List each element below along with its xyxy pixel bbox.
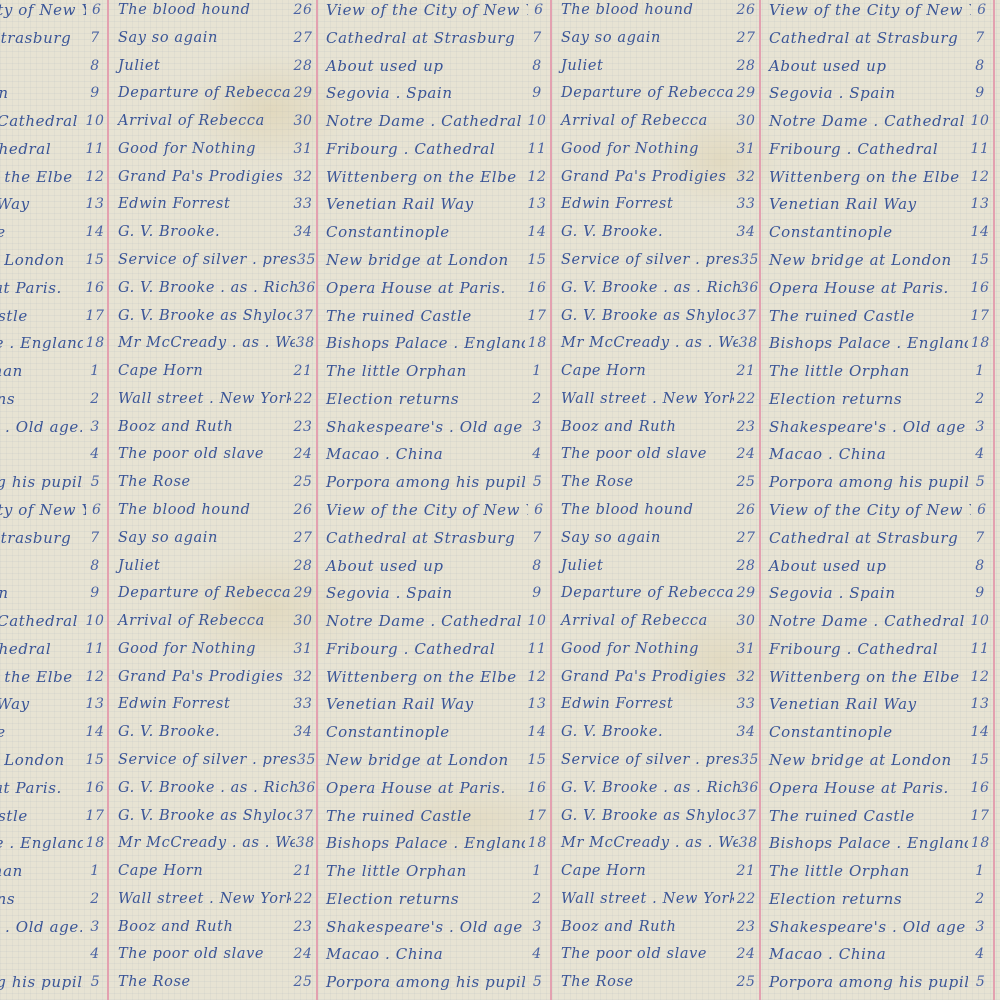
entry-number: 12: [524, 669, 550, 685]
entry-title: Constantinople: [0, 223, 6, 241]
entry-number: 15: [967, 752, 993, 768]
entry-number: 23: [290, 919, 316, 935]
entry-number: 14: [967, 224, 993, 240]
entry-number: 24: [733, 946, 759, 962]
entry-title: Venetian Rail Way: [318, 195, 474, 213]
margin-rule: [993, 0, 995, 1000]
ledger-entry: New bridge at London15: [761, 246, 993, 274]
entry-title: View of the City of New York: [318, 501, 528, 519]
ledger-entry: Bishops Palace . England18: [761, 829, 993, 857]
entry-number: 14: [82, 224, 108, 240]
entry-number: 14: [967, 724, 993, 740]
entry-number: 10: [967, 113, 993, 129]
entry-number: 22: [734, 891, 759, 907]
entry-title: Election returns: [318, 890, 459, 908]
ledger-entry: Departure of Rebecca29: [110, 579, 316, 607]
ledger-entry: Segovia . Spain9: [318, 579, 550, 607]
entry-title: Booz and Ruth: [110, 919, 233, 935]
entry-title: Service of silver . presented to Brooke: [553, 752, 740, 768]
entry-number: 35: [740, 752, 759, 768]
entry-number: 1: [524, 863, 550, 879]
entry-number: 2: [82, 891, 108, 907]
ledger-entry: Porpora among his pupils5: [761, 968, 993, 996]
entry-number: 28: [290, 558, 316, 574]
ledger-entry: Venetian Rail Way13: [0, 690, 108, 718]
ledger-entry: Venetian Rail Way13: [761, 190, 993, 218]
entry-title: View of the City of New York: [761, 1, 971, 19]
entry-number: 33: [733, 696, 759, 712]
entry-number: 5: [83, 474, 108, 490]
entry-title: Juliet: [553, 558, 603, 574]
ledger-entry: Say so again27: [110, 524, 316, 552]
entry-number: 17: [967, 808, 993, 824]
entry-number: 34: [290, 224, 316, 240]
entry-title: Booz and Ruth: [110, 419, 233, 435]
entry-title: Segovia . Spain: [318, 84, 453, 102]
ledger-entry: G. V. Brooke.34: [110, 718, 316, 746]
entry-number: 34: [733, 224, 759, 240]
entry-title: New bridge at London: [318, 251, 509, 269]
entry-title: Notre Dame . Cathedral: [0, 612, 78, 630]
ledger-entry: Porpora among his pupils5: [0, 468, 108, 496]
ledger-entry: The blood hound26: [553, 496, 759, 524]
ledger-entry: Segovia . Spain9: [761, 79, 993, 107]
entry-title: Porpora among his pupils: [318, 473, 525, 491]
ledger-entry: G. V. Brooke as Shylock37: [110, 802, 316, 830]
ledger-entry: G. V. Brooke as Shylock37: [110, 302, 316, 330]
ledger-entry: Wittenberg on the Elbe12: [318, 163, 550, 191]
entry-number: 36: [297, 780, 316, 796]
ledger-entry: Booz and Ruth23: [553, 413, 759, 441]
entry-title: Venetian Rail Way: [0, 695, 30, 713]
entry-title: G. V. Brooke.: [553, 724, 663, 740]
ledger-entry: View of the City of New York6: [0, 496, 108, 524]
entry-title: The ruined Castle: [0, 807, 28, 825]
entry-number: 17: [524, 308, 550, 324]
entry-number: 9: [524, 85, 550, 101]
entry-number: 30: [290, 113, 316, 129]
entry-title: New bridge at London: [0, 251, 65, 269]
ledger-entry: Arrival of Rebecca30: [553, 107, 759, 135]
ledger-entry: The Rose25: [110, 468, 316, 496]
entry-number: 22: [291, 391, 316, 407]
entry-title: View of the City of New York: [761, 501, 971, 519]
entry-title: Fribourg . Cathedral: [761, 140, 938, 158]
entry-title: Constantinople: [761, 723, 893, 741]
entry-number: 1: [967, 363, 993, 379]
entry-title: Fribourg . Cathedral: [318, 140, 495, 158]
ledger-entry: G. V. Brooke . as . Richard 3rd36: [553, 774, 759, 802]
entry-title: Say so again: [553, 30, 661, 46]
entry-title: The little Orphan: [318, 862, 467, 880]
entry-title: Bishops Palace . England: [0, 334, 83, 352]
entry-number: 7: [967, 530, 993, 546]
entry-number: 13: [82, 196, 108, 212]
entry-number: 16: [524, 280, 550, 296]
ledger-entry: The poor old slave24: [553, 440, 759, 468]
entry-number: 31: [733, 641, 759, 657]
entry-title: Mr McCready . as . Werner: [553, 835, 738, 851]
entry-number: 37: [735, 308, 759, 324]
entry-number: 18: [968, 335, 993, 351]
entry-title: The Rose: [553, 474, 634, 490]
ledger-entry: Edwin Forrest33: [553, 190, 759, 218]
entry-title: Notre Dame . Cathedral: [318, 612, 522, 630]
ledger-entry: Opera House at Paris.16: [318, 274, 550, 302]
ledger-entry: Mr McCready . as . Werner38: [110, 329, 316, 357]
ledger-entry: View of the City of New York6: [761, 496, 993, 524]
entry-title: Service of silver . presented to Brooke: [110, 252, 297, 268]
entry-title: The Rose: [110, 474, 191, 490]
entry-number: 16: [82, 780, 108, 796]
ledger-entry: G. V. Brooke . as . Richard 3rd36: [553, 274, 759, 302]
ledger-entry: Opera House at Paris.16: [761, 774, 993, 802]
ledger-entry: Juliet28: [553, 52, 759, 80]
entry-title: Say so again: [553, 530, 661, 546]
ledger-entry: The little Orphan1: [761, 357, 993, 385]
entry-title: The Rose: [553, 974, 634, 990]
entry-number: 15: [82, 752, 108, 768]
entry-title: Service of silver . presented to Brooke: [110, 752, 297, 768]
ledger-entry: Good for Nothing31: [110, 635, 316, 663]
entry-title: About used up: [318, 57, 444, 75]
entry-number: 6: [86, 2, 108, 18]
entry-number: 23: [733, 919, 759, 935]
entry-number: 23: [290, 419, 316, 435]
entry-number: 3: [967, 419, 993, 435]
ledger-entry: Opera House at Paris.16: [0, 774, 108, 802]
entry-title: Grand Pa's Prodigies: [553, 669, 726, 685]
ledger-entry: Good for Nothing31: [553, 135, 759, 163]
ledger-entry: The Rose25: [110, 968, 316, 996]
ledger-entry: Booz and Ruth23: [553, 913, 759, 941]
entry-title: Wittenberg on the Elbe: [0, 668, 73, 686]
entry-number: 26: [733, 2, 759, 18]
entry-title: Departure of Rebecca: [110, 85, 290, 101]
ledger-entry: The poor old slave24: [110, 940, 316, 968]
ledger-entry: The ruined Castle17: [761, 802, 993, 830]
ledger-entry: Shakespeare's . Old age.3: [761, 413, 993, 441]
entry-number: 12: [82, 669, 108, 685]
entry-title: The little Orphan: [761, 362, 910, 380]
ledger-entry: G. V. Brooke.34: [110, 218, 316, 246]
entry-number: 5: [968, 974, 993, 990]
ledger-entry: Fribourg . Cathedral11: [318, 135, 550, 163]
entry-title: Wall street . New York: [553, 891, 734, 907]
entry-number: 12: [967, 169, 993, 185]
ledger-entry: About used up8: [761, 52, 993, 80]
entry-title: Good for Nothing: [553, 641, 699, 657]
ledger-entry: The little Orphan1: [0, 357, 108, 385]
ledger-entry: The poor old slave24: [553, 940, 759, 968]
ledger-entry: Departure of Rebecca29: [110, 79, 316, 107]
ledger-entry: New bridge at London15: [761, 746, 993, 774]
entry-title: Election returns: [0, 390, 15, 408]
ledger-entry: Election returns2: [761, 385, 993, 413]
entry-number: 6: [971, 2, 993, 18]
ledger-entry: About used up8: [318, 52, 550, 80]
ledger-entry: The blood hound26: [110, 496, 316, 524]
ledger-entry: Bishops Palace . England18: [318, 329, 550, 357]
entry-number: 5: [83, 974, 108, 990]
entry-number: 33: [290, 196, 316, 212]
entry-title: The ruined Castle: [0, 307, 28, 325]
entry-number: 9: [524, 585, 550, 601]
ledger-entry: Porpora among his pupils5: [318, 468, 550, 496]
entry-title: Notre Dame . Cathedral: [761, 612, 965, 630]
entry-title: New bridge at London: [318, 751, 509, 769]
entry-title: The ruined Castle: [318, 807, 472, 825]
entry-title: Juliet: [553, 58, 603, 74]
entry-number: 31: [290, 641, 316, 657]
ledger-entry: G. V. Brooke.34: [553, 718, 759, 746]
entry-number: 1: [82, 363, 108, 379]
entry-number: 22: [291, 891, 316, 907]
entry-number: 17: [82, 808, 108, 824]
entry-title: Edwin Forrest: [553, 196, 673, 212]
entry-number: 16: [967, 780, 993, 796]
ledger-entry: New bridge at London15: [0, 246, 108, 274]
entry-number: 17: [82, 308, 108, 324]
entry-number: 6: [528, 2, 550, 18]
entry-title: The little Orphan: [0, 362, 23, 380]
entry-number: 5: [968, 474, 993, 490]
entry-number: 13: [967, 696, 993, 712]
entry-number: 21: [733, 863, 759, 879]
entry-number: 25: [733, 474, 759, 490]
entry-number: 37: [735, 808, 759, 824]
ledger-entry: Service of silver . presented to Brooke3…: [553, 746, 759, 774]
entry-title: Constantinople: [0, 723, 6, 741]
entry-title: Departure of Rebecca: [553, 585, 733, 601]
entry-title: Segovia . Spain: [0, 84, 9, 102]
entry-title: Opera House at Paris.: [0, 779, 62, 797]
ledger-entry: Segovia . Spain9: [0, 79, 108, 107]
entry-number: 30: [290, 613, 316, 629]
entry-number: 32: [290, 169, 316, 185]
ledger-entry: Constantinople14: [0, 718, 108, 746]
entry-title: Departure of Rebecca: [553, 85, 733, 101]
entry-title: The little Orphan: [318, 362, 467, 380]
ledger-entry: Cathedral at Strasburg7: [318, 24, 550, 52]
entry-title: Segovia . Spain: [318, 584, 453, 602]
entry-number: 16: [967, 280, 993, 296]
entry-number: 2: [524, 891, 550, 907]
entry-title: Juliet: [110, 558, 160, 574]
ledger-entry: Service of silver . presented to Brooke3…: [110, 246, 316, 274]
ledger-entry: Grand Pa's Prodigies32: [110, 663, 316, 691]
entry-number: 10: [82, 613, 108, 629]
entry-number: 35: [740, 252, 759, 268]
entry-number: 6: [86, 502, 108, 518]
ledger-entry: Departure of Rebecca29: [553, 579, 759, 607]
entry-title: The ruined Castle: [761, 807, 915, 825]
entry-number: 27: [290, 30, 316, 46]
ledger-entry: Edwin Forrest33: [110, 690, 316, 718]
entry-number: 8: [82, 558, 108, 574]
ledger-entry: About used up8: [0, 552, 108, 580]
ledger-entry: Macao . China4: [761, 440, 993, 468]
entry-title: Wittenberg on the Elbe: [761, 168, 960, 186]
entry-title: G. V. Brooke as Shylock: [553, 308, 735, 324]
ledger-entry: Shakespeare's . Old age.3: [318, 913, 550, 941]
entry-number: 38: [738, 335, 759, 351]
ledger-entry: Venetian Rail Way13: [318, 190, 550, 218]
entry-number: 38: [738, 835, 759, 851]
entry-title: The little Orphan: [761, 862, 910, 880]
entry-title: Notre Dame . Cathedral: [318, 112, 522, 130]
entry-title: Edwin Forrest: [110, 196, 230, 212]
ledger-entry: View of the City of New York6: [318, 0, 550, 24]
entry-number: 36: [740, 780, 759, 796]
entry-title: G. V. Brooke.: [110, 224, 220, 240]
entry-title: G. V. Brooke . as . Richard 3rd: [553, 780, 740, 796]
entry-title: Notre Dame . Cathedral: [0, 112, 78, 130]
ledger-entry: Wittenberg on the Elbe12: [761, 163, 993, 191]
ledger-entry: Juliet28: [110, 552, 316, 580]
ledger-entry: Notre Dame . Cathedral10: [761, 107, 993, 135]
entry-title: The blood hound: [110, 2, 251, 18]
ledger-entry: Fribourg . Cathedral11: [0, 635, 108, 663]
entry-number: 7: [524, 530, 550, 546]
entry-number: 24: [290, 946, 316, 962]
entry-number: 2: [967, 891, 993, 907]
ledger-entry: Grand Pa's Prodigies32: [110, 163, 316, 191]
entry-title: Fribourg . Cathedral: [0, 140, 51, 158]
entry-number: 32: [290, 669, 316, 685]
entry-title: Porpora among his pupils: [761, 973, 968, 991]
entry-number: 17: [967, 308, 993, 324]
ledger-entry: Porpora among his pupils5: [761, 468, 993, 496]
entry-number: 28: [290, 58, 316, 74]
entry-number: 22: [734, 391, 759, 407]
entry-number: 30: [733, 113, 759, 129]
ledger-entry: Notre Dame . Cathedral10: [761, 607, 993, 635]
ledger-entry: Cape Horn21: [553, 357, 759, 385]
ledger-entry: Opera House at Paris.16: [318, 774, 550, 802]
ledger-entry: Constantinople14: [318, 218, 550, 246]
entry-title: Good for Nothing: [110, 641, 256, 657]
entry-number: 2: [82, 391, 108, 407]
entry-title: Election returns: [0, 890, 15, 908]
entry-number: 11: [524, 641, 550, 657]
ledger-entry: Notre Dame . Cathedral10: [318, 107, 550, 135]
ledger-entry: The ruined Castle17: [318, 802, 550, 830]
entry-title: Bishops Palace . England: [318, 834, 525, 852]
ledger-entry: The ruined Castle17: [761, 302, 993, 330]
entry-title: Macao . China: [318, 945, 443, 963]
ledger-entry: The little Orphan1: [761, 857, 993, 885]
ledger-column-places: View of the City of New York6Cathedral a…: [761, 0, 993, 1000]
entry-number: 7: [82, 530, 108, 546]
entry-number: 29: [290, 85, 316, 101]
entry-title: Grand Pa's Prodigies: [110, 169, 283, 185]
ledger-entry: Cathedral at Strasburg7: [0, 524, 108, 552]
entry-title: Good for Nothing: [110, 141, 256, 157]
entry-number: 29: [733, 585, 759, 601]
ledger-entry: The ruined Castle17: [318, 302, 550, 330]
entry-title: The little Orphan: [0, 862, 23, 880]
ledger-entry: New bridge at London15: [0, 746, 108, 774]
ledger-entry: G. V. Brooke.34: [553, 218, 759, 246]
ledger-entry: Juliet28: [110, 52, 316, 80]
entry-number: 11: [524, 141, 550, 157]
ledger-entry: Porpora among his pupils5: [0, 968, 108, 996]
ledger-entry: Venetian Rail Way13: [0, 190, 108, 218]
entry-number: 23: [733, 419, 759, 435]
entry-title: The ruined Castle: [761, 307, 915, 325]
ledger-entry: About used up8: [761, 552, 993, 580]
ledger-entry: Notre Dame . Cathedral10: [318, 607, 550, 635]
entry-title: Edwin Forrest: [110, 696, 230, 712]
entry-title: The blood hound: [110, 502, 251, 518]
entry-title: Constantinople: [761, 223, 893, 241]
entry-number: 6: [971, 502, 993, 518]
entry-title: Arrival of Rebecca: [110, 613, 265, 629]
ledger-entry: Election returns2: [0, 385, 108, 413]
ledger-entry: Good for Nothing31: [110, 135, 316, 163]
entry-number: 8: [524, 558, 550, 574]
entry-number: 34: [733, 724, 759, 740]
entry-title: Mr McCready . as . Werner: [110, 335, 295, 351]
entry-number: 3: [82, 919, 108, 935]
entry-title: View of the City of New York: [0, 501, 86, 519]
entry-number: 4: [967, 446, 993, 462]
entry-number: 18: [525, 835, 550, 851]
ledger-entry: Shakespeare's . Old age.3: [0, 413, 108, 441]
ledger-entry: Opera House at Paris.16: [0, 274, 108, 302]
entry-title: About used up: [761, 57, 887, 75]
entry-number: 27: [733, 30, 759, 46]
entry-title: Opera House at Paris.: [318, 779, 506, 797]
ledger-entry: Segovia . Spain9: [761, 579, 993, 607]
ledger-entry: Edwin Forrest33: [110, 190, 316, 218]
entry-title: Shakespeare's . Old age.: [0, 918, 82, 936]
entry-title: Say so again: [110, 30, 218, 46]
entry-number: 15: [967, 252, 993, 268]
ledger-entry: Wittenberg on the Elbe12: [761, 663, 993, 691]
entry-number: 38: [295, 335, 316, 351]
entry-title: Shakespeare's . Old age.: [761, 418, 967, 436]
entry-number: 13: [524, 696, 550, 712]
entry-number: 3: [82, 419, 108, 435]
entry-number: 12: [524, 169, 550, 185]
entry-title: Election returns: [761, 390, 902, 408]
entry-number: 4: [967, 946, 993, 962]
entry-title: Opera House at Paris.: [761, 779, 949, 797]
entry-number: 21: [733, 363, 759, 379]
entry-title: Arrival of Rebecca: [553, 613, 708, 629]
ledger-entry: Constantinople14: [0, 218, 108, 246]
entry-number: 35: [297, 752, 316, 768]
entry-title: New bridge at London: [761, 751, 952, 769]
ledger-entry: Election returns2: [318, 385, 550, 413]
ledger-entry: Opera House at Paris.16: [761, 274, 993, 302]
ledger-entry: Cape Horn21: [110, 357, 316, 385]
entry-title: Opera House at Paris.: [0, 279, 62, 297]
ledger-entry: Juliet28: [553, 552, 759, 580]
entry-title: G. V. Brooke . as . Richard 3rd: [553, 280, 740, 296]
entry-number: 21: [290, 863, 316, 879]
ledger-entry: Wittenberg on the Elbe12: [0, 163, 108, 191]
ledger-entry: Shakespeare's . Old age.3: [761, 913, 993, 941]
ledger-entry: Cape Horn21: [553, 857, 759, 885]
entry-title: Wittenberg on the Elbe: [318, 668, 517, 686]
entry-title: Bishops Palace . England: [318, 334, 525, 352]
ledger-entry: Election returns2: [0, 885, 108, 913]
entry-title: Venetian Rail Way: [761, 695, 917, 713]
entry-number: 3: [967, 919, 993, 935]
